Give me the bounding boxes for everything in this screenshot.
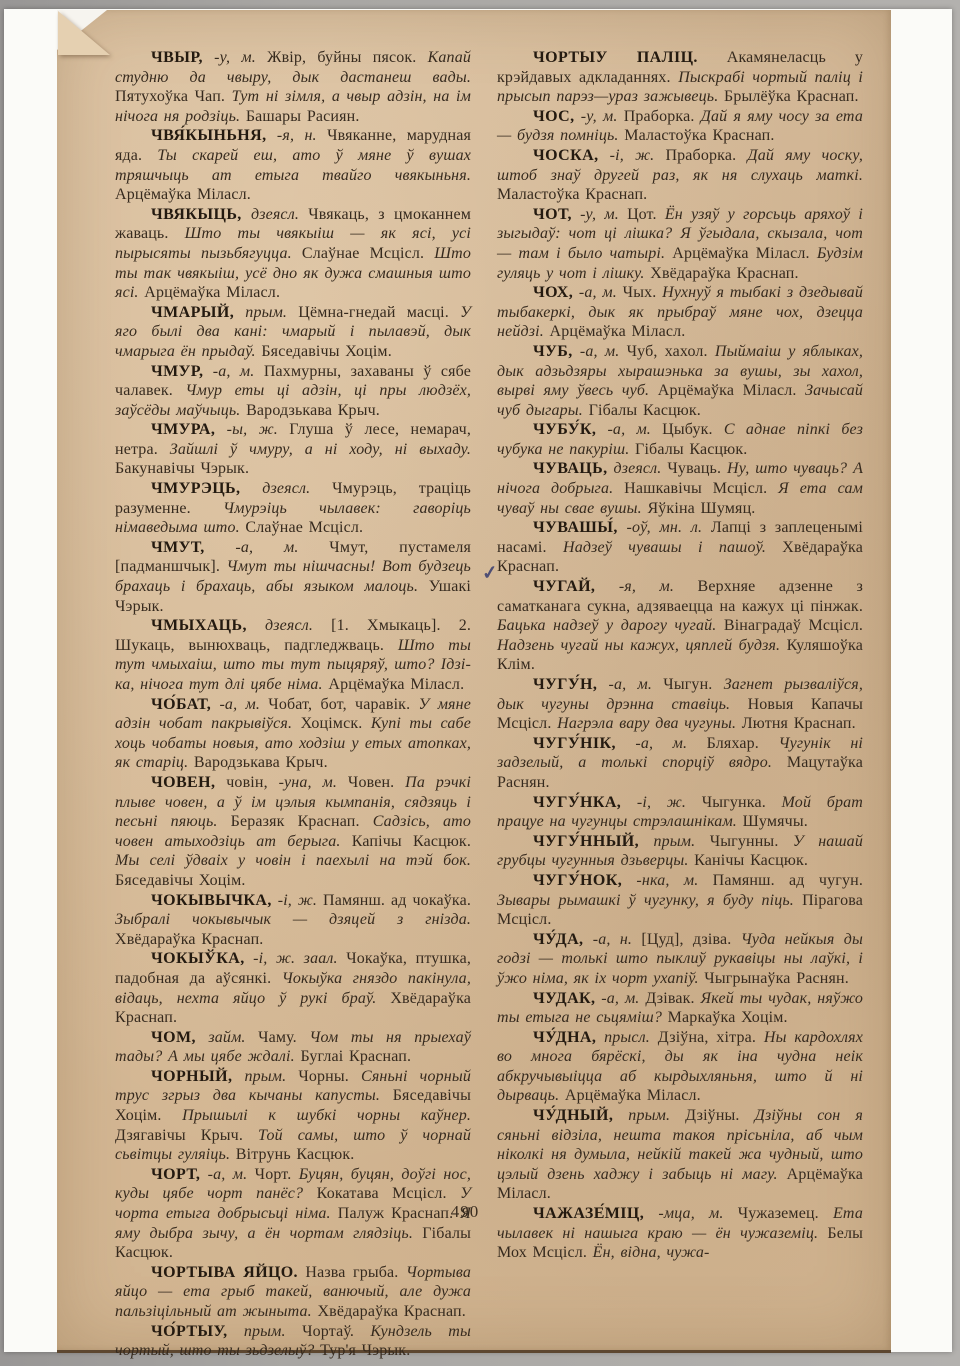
dictionary-entry: ЧУГУ́ННЫЙ, прым. Чыгунны. У нашай грубцы…: [497, 832, 863, 871]
dictionary-entry: ЧОВЕН, човін, -уна, м. Човен. Па рэчкі п…: [115, 773, 471, 891]
dictionary-entry: ЧОРНЫЙ, прым. Чорны. Сяньні чорный трус …: [115, 1067, 471, 1165]
dictionary-entry: ЧУГАЙ, -я, м. Верхняе адзенне з саматкан…: [497, 577, 863, 675]
dictionary-entry: ЧУ́ДНА, прысл. Дзіўна, хітра. Ны кардохл…: [497, 1028, 863, 1106]
dictionary-entry: ЧОРТ, -а, м. Чорт. Буцян, буцян, доўгі н…: [115, 1165, 471, 1263]
dictionary-entry: ЧУБ, -а, м. Чуб, хахол. Пыймаіш у яблыка…: [497, 342, 863, 420]
book-page: ЧВЫР, -у, м. Жвір, буйны пясок. Капай ст…: [57, 10, 891, 1353]
page-corner-fold: [58, 11, 110, 55]
dictionary-entry: ЧУГУ́НКА, -і, ж. Чыгунка. Мой брат працу…: [497, 793, 863, 832]
dictionary-entry: ЧУВАШЫ́, -оў, мн. л. Лапці з заплеценымі…: [497, 518, 863, 577]
dictionary-entry: ЧОРТЫУ ПАЛІЦ. Акамянеласць у крэйдавых а…: [497, 48, 863, 107]
dictionary-entry: ЧМУРЭЦЬ, дзеясл. Чмурэць, траціць разуме…: [115, 479, 471, 538]
dictionary-entry: ЧУ́ДА, -а, н. [Цуд], дзіва. Чуда нейкыя …: [497, 930, 863, 989]
dictionary-entry: ЧОКЫВЫЧКА, -і, ж. Памянш. ад чокаўка. Зы…: [115, 891, 471, 950]
dictionary-entry: ЧМУТ, -а, м. Чмут, пустамеля [падманшчык…: [115, 538, 471, 616]
dictionary-entry: ЧУ́ДНЫЙ, прым. Дзіўны. Дзіўны сон я сянь…: [497, 1106, 863, 1204]
dictionary-entry: ЧМЫХАЦЬ, дзеясл. [1. Хмыкаць]. 2. Шукаць…: [115, 616, 471, 694]
dictionary-entry: ЧУДАК, -а, м. Дзівак. Якей ты чудак, няў…: [497, 989, 863, 1028]
dictionary-entry: ЧУБУ́К, -а, м. Цыбук. С аднае піпкі без …: [497, 420, 863, 459]
dictionary-entry: ЧУГУ́НІК, -а, м. Бляхар. Чугунік ні задз…: [497, 734, 863, 793]
dictionary-entry: ЧАЖАЗЕ́МІЦ, -мца, м. Чужаземец. Ета чыла…: [497, 1204, 863, 1263]
dictionary-entry: ЧВЯ́КЫНЬНЯ, -я, н. Чвяканне, марудная яд…: [115, 126, 471, 204]
dictionary-entry: ЧОРТЫВА ЯЙЦО. Назва грыба. Чортыва яйцо …: [115, 1263, 471, 1322]
dictionary-entry: ЧУГУ́Н, -а, м. Чыгун. Загнет рызваліўся,…: [497, 675, 863, 734]
dictionary-entry: ЧОТ, -у, м. Цот. Ён узяў у горсьць аряхо…: [497, 205, 863, 283]
dictionary-entry: ЧО́РТЫУ, прым. Чортаў. Кундзель ты чорты…: [115, 1322, 471, 1361]
page-number: 490: [425, 1202, 505, 1222]
dictionary-entry: ЧМУР, -а, м. Пахмурны, захаваны ў сябе ч…: [115, 362, 471, 421]
dictionary-entry: ЧОСКА, -і, ж. Праборка. Дай яму чоску, ш…: [497, 146, 863, 205]
dictionary-entry: ЧУВАЦЬ, дзеясл. Чуваць. Ну, што чуваць? …: [497, 459, 863, 518]
scanner-background: ЧВЫР, -у, м. Жвір, буйны пясок. Капай ст…: [0, 0, 960, 1366]
text-column-right: ЧОРТЫУ ПАЛІЦ. Акамянеласць у крэйдавых а…: [497, 48, 863, 1263]
dictionary-entry: ЧОКЫЎКА, -і, ж. заал. Чокаўка, птушка, п…: [115, 949, 471, 1027]
dictionary-entry: ЧМАРЫЙ, прым. Цёмна-гнедай масці. У яго …: [115, 303, 471, 362]
dictionary-entry: ЧУГУ́НОК, -нка, м. Памянш. ад чугун. Зыв…: [497, 871, 863, 930]
checkmark-annotation: ✓: [481, 561, 499, 586]
dictionary-entry: ЧО́БАТ, -а, м. Чобат, бот, чаравік. У мя…: [115, 695, 471, 773]
dictionary-entry: ЧОМ, займ. Чаму. Чом ты ня прыехаў тады?…: [115, 1028, 471, 1067]
dictionary-entry: ЧМУРА, -ы, ж. Глуша ў лесе, немарач, нет…: [115, 420, 471, 479]
dictionary-entry: ЧВЯКЫЦЬ, дзеясл. Чвякаць, з цмоканнем жа…: [115, 205, 471, 303]
dictionary-entry: ЧВЫР, -у, м. Жвір, буйны пясок. Капай ст…: [115, 48, 471, 126]
text-column-left: ЧВЫР, -у, м. Жвір, буйны пясок. Капай ст…: [115, 48, 471, 1361]
dictionary-entry: ЧОХ, -а, м. Чых. Нухнуў я тыбакі з дзеды…: [497, 283, 863, 342]
dictionary-entry: ЧОС, -у, м. Праборка. Дай я яму чосу за …: [497, 107, 863, 146]
